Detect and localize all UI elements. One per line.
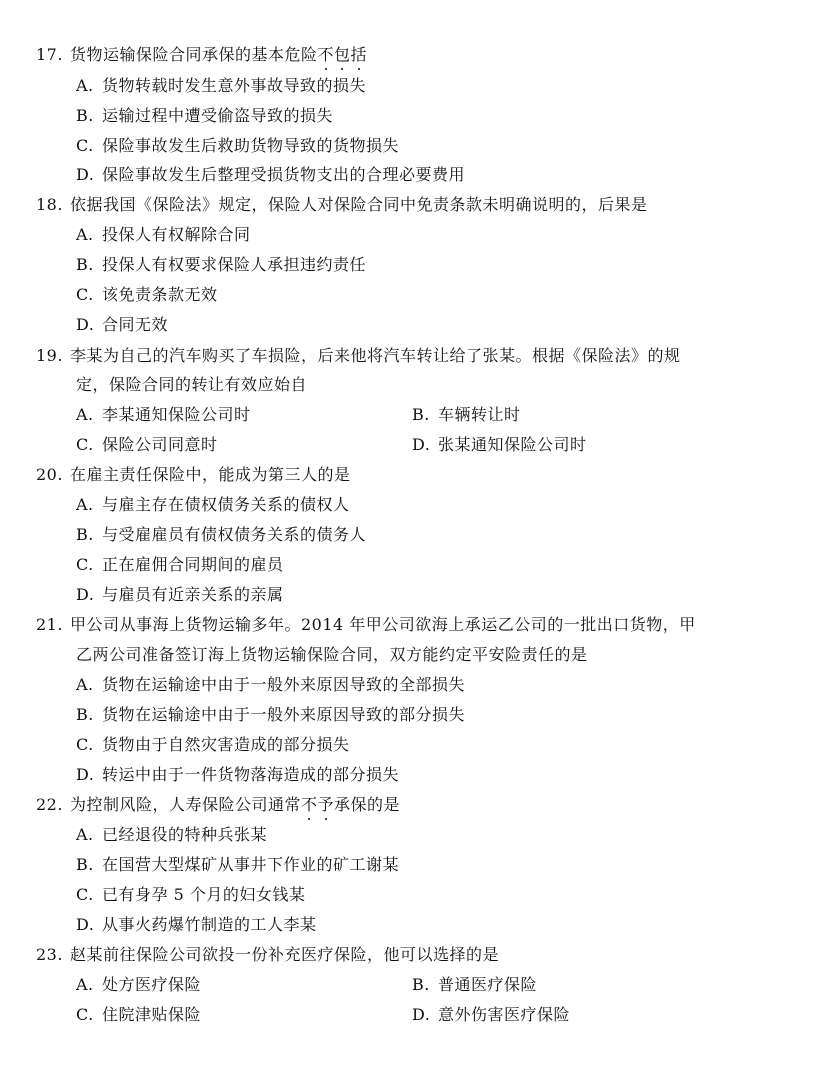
question-number: 17. bbox=[36, 45, 70, 65]
question-21-stem-line1: 21.甲公司从事海上货物运输多年。2014 年甲公司欲海上承运乙公司的一批出口货… bbox=[36, 615, 696, 635]
question-21-stem-line2: 乙两公司准备签订海上货物运输保险合同，双方能约定平安险责任的是 bbox=[76, 645, 588, 665]
question-18-option-b: B.投保人有权要求保险人承担违约责任 bbox=[76, 255, 366, 275]
question-23-option-a: A.处方医疗保险 bbox=[76, 975, 201, 995]
question-17-stem: 17.货物运输保险合同承保的基本危险不包括 bbox=[36, 45, 367, 65]
emphasis-char: 括 bbox=[351, 45, 368, 65]
question-21-option-b: B.货物在运输途中由于一般外来原因导致的部分损失 bbox=[76, 705, 465, 725]
question-20-option-c: C.正在雇佣合同期间的雇员 bbox=[76, 555, 284, 575]
question-19-stem-line1: 19.李某为自己的汽车购买了车损险，后来他将汽车转让给了张某。根据《保险法》的规 bbox=[36, 346, 681, 366]
question-number: 20. bbox=[36, 465, 70, 485]
question-18-option-a: A.投保人有权解除合同 bbox=[76, 225, 251, 245]
question-number: 21. bbox=[36, 615, 70, 635]
question-19-option-b: B.车辆转让时 bbox=[412, 405, 521, 425]
question-number: 19. bbox=[36, 346, 70, 366]
question-23-option-b: B.普通医疗保险 bbox=[412, 975, 537, 995]
question-number: 23. bbox=[36, 945, 70, 965]
question-22-option-b: B.在国营大型煤矿从事井下作业的矿工谢某 bbox=[76, 855, 399, 875]
emphasis-char: 不 bbox=[301, 795, 318, 815]
emphasis-char: 包 bbox=[334, 45, 351, 65]
question-19-option-a: A.李某通知保险公司时 bbox=[76, 405, 251, 425]
question-21-option-d: D.转运中由于一件货物落海造成的部分损失 bbox=[76, 765, 399, 785]
question-21-option-c: C.货物由于自然灾害造成的部分损失 bbox=[76, 735, 350, 755]
question-22-option-c: C.已有身孕 5 个月的妇女钱某 bbox=[76, 885, 305, 905]
question-23-stem: 23.赵某前往保险公司欲投一份补充医疗保险，他可以选择的是 bbox=[36, 945, 499, 965]
question-number: 22. bbox=[36, 795, 70, 815]
question-20-option-b: B.与受雇雇员有债权债务关系的债务人 bbox=[76, 525, 366, 545]
question-21-option-a: A.货物在运输途中由于一般外来原因导致的全部损失 bbox=[76, 675, 465, 695]
question-18-stem: 18.依据我国《保险法》规定，保险人对保险合同中免责条款未明确说明的，后果是 bbox=[36, 195, 648, 215]
question-number: 18. bbox=[36, 195, 70, 215]
question-19-stem-line2: 定，保险合同的转让有效应始自 bbox=[76, 375, 307, 395]
question-17-option-b: B.运输过程中遭受偷盗导致的损失 bbox=[76, 106, 333, 126]
question-18-option-d: D.合同无效 bbox=[76, 315, 168, 335]
question-17-option-a: A.货物转载时发生意外事故导致的损失 bbox=[76, 76, 366, 96]
question-22-option-d: D.从事火药爆竹制造的工人李某 bbox=[76, 915, 317, 935]
question-19-option-d: D.张某通知保险公司时 bbox=[412, 435, 587, 455]
question-20-option-a: A.与雇主存在债权债务关系的债权人 bbox=[76, 495, 350, 515]
question-22-option-a: A.已经退役的特种兵张某 bbox=[76, 825, 267, 845]
question-19-option-c: C.保险公司同意时 bbox=[76, 435, 218, 455]
question-22-stem: 22.为控制风险，人寿保险公司通常不予承保的是 bbox=[36, 795, 400, 815]
question-17-option-c: C.保险事故发生后救助货物导致的货物损失 bbox=[76, 136, 399, 156]
question-17-option-d: D.保险事故发生后整理受损货物支出的合理必要费用 bbox=[76, 165, 465, 185]
question-18-option-c: C.该免责条款无效 bbox=[76, 285, 218, 305]
question-20-stem: 20.在雇主责任保险中，能成为第三人的是 bbox=[36, 465, 351, 485]
question-23-option-c: C.住院津贴保险 bbox=[76, 1005, 201, 1025]
emphasis-char: 不 bbox=[318, 45, 335, 65]
question-23-option-d: D.意外伤害医疗保险 bbox=[412, 1005, 570, 1025]
question-20-option-d: D.与雇员有近亲关系的亲属 bbox=[76, 585, 284, 605]
emphasis-char: 予 bbox=[318, 795, 335, 815]
exam-page: 17.货物运输保险合同承保的基本危险不包括 A.货物转载时发生意外事故导致的损失… bbox=[0, 0, 816, 1072]
